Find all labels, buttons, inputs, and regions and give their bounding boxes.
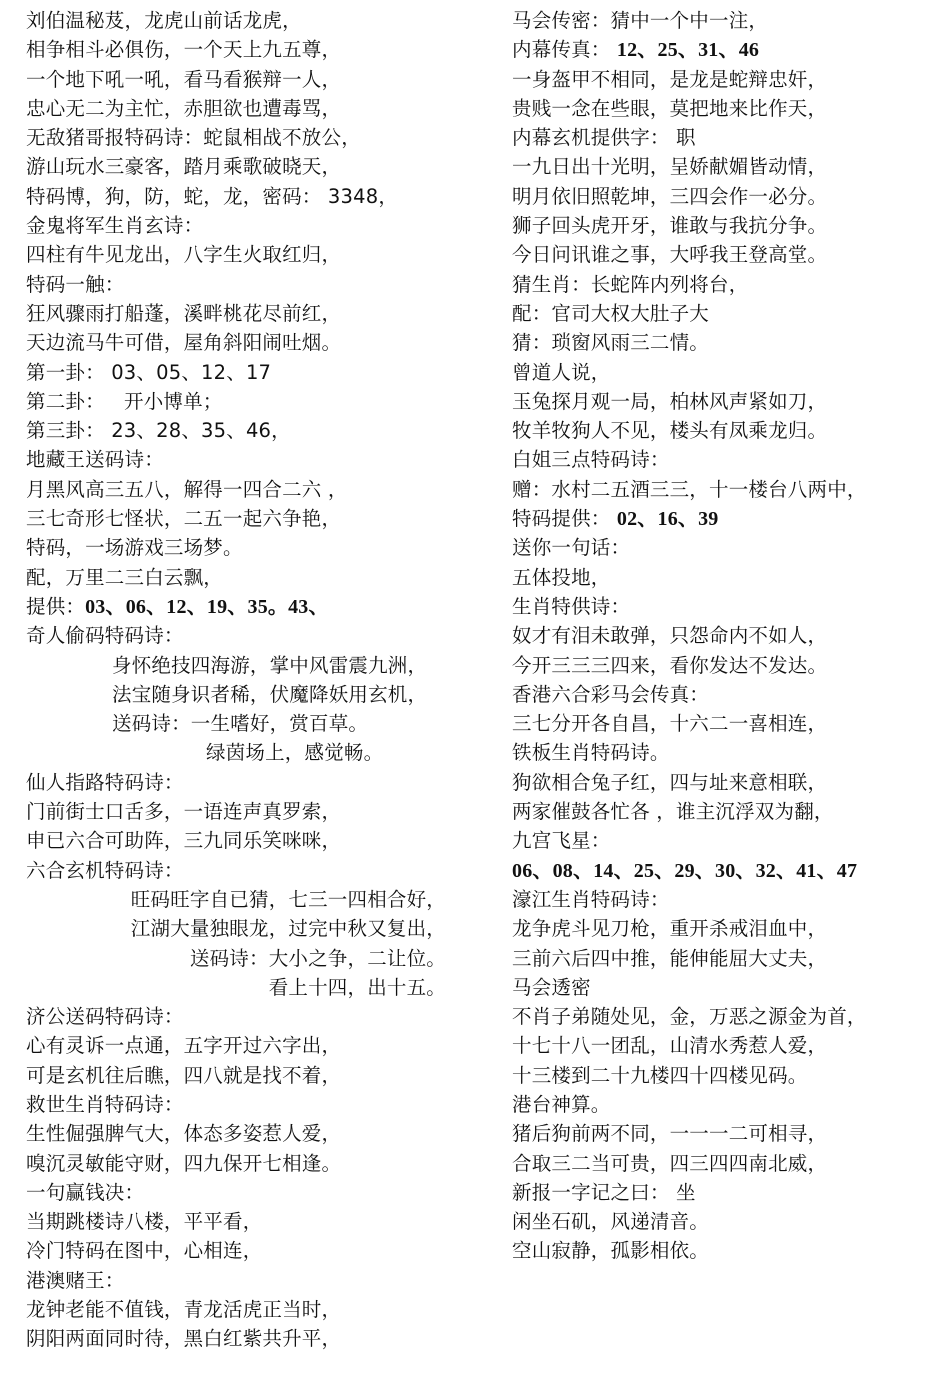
text-line: 狮子回头虎开牙，谁敢与我抗分争。 xyxy=(512,211,932,240)
text-line: 送码诗：一生嗜好，赏百草。 xyxy=(26,709,466,738)
text-line: 可是玄机往后瞧，四八就是找不着， xyxy=(26,1061,466,1090)
text-line: 生性倔强脾气大，体态多姿惹人爱， xyxy=(26,1119,466,1148)
text-line: 身怀绝技四海游，掌中风雷震九洲， xyxy=(26,651,466,680)
text-line: 明月依旧照乾坤，三四会作一必分。 xyxy=(512,182,932,211)
text-line: 送你一句话： xyxy=(512,533,932,562)
text-line: 曾道人说， xyxy=(512,358,932,387)
text-line: 一句赢钱决： xyxy=(26,1178,466,1207)
text-line: 猜：琐窗风雨三二情。 xyxy=(512,328,932,357)
text-line: 天边流马牛可借，屋角斜阳闹吐烟。 xyxy=(26,328,466,357)
text-line: 铁板生肖特码诗。 xyxy=(512,738,932,767)
text-line: 十三楼到二十九楼四十四楼见码。 xyxy=(512,1061,932,1090)
text-line: 马会传密：猜中一个中一注， xyxy=(512,6,932,35)
text-line: 九宫飞星： xyxy=(512,826,932,855)
text-line: 猪后狗前两不同，一一一二可相寻， xyxy=(512,1119,932,1148)
text-line: 十七十八一团乱，山清水秀惹人爱， xyxy=(512,1031,932,1060)
text-line: 龙钟老能不值钱，青龙活虎正当时， xyxy=(26,1295,466,1324)
text-line: 特码，一场游戏三场梦。 xyxy=(26,533,466,562)
text-line: 港台神算。 xyxy=(512,1090,932,1119)
text-line: 济公送码特码诗： xyxy=(26,1002,466,1031)
text-line: 牧羊牧狗人不见，楼头有凤乘龙归。 xyxy=(512,416,932,445)
text-line: 狂风骤雨打船蓬，溪畔桃花尽前红， xyxy=(26,299,466,328)
text-line: 特码一触： xyxy=(26,270,466,299)
text-line: 第二卦： 开小博单； xyxy=(26,387,466,416)
text-line: 相争相斗必俱伤，一个天上九五尊， xyxy=(26,35,466,64)
text-line: 空山寂静，孤影相依。 xyxy=(512,1236,932,1265)
text-line: 门前街士口舌多，一语连声真罗索， xyxy=(26,797,466,826)
number-list: 12、25、31、46 xyxy=(617,39,759,61)
text-line: 忠心无二为主忙，赤胆欲也遭毒骂， xyxy=(26,94,466,123)
text-line: 提供：03、06、12、19、35。43、 xyxy=(26,592,466,621)
text-line: 地藏王送码诗： xyxy=(26,445,466,474)
text-line: 第三卦： 23、28、35、46， xyxy=(26,416,466,445)
text-line: 龙争虎斗见刀枪，重开杀戒泪血中， xyxy=(512,914,932,943)
number-list: 03、06、12、19、35。43、 xyxy=(85,596,329,618)
text-line: 阴阳两面同时待，黑白红紫共升平， xyxy=(26,1324,466,1353)
text-line: 法宝随身识者稀，伏魔降妖用玄机， xyxy=(26,680,466,709)
text-line: 今日问讯谁之事，大呼我王登高堂。 xyxy=(512,240,932,269)
text-line: 闲坐石矶，风递清音。 xyxy=(512,1207,932,1236)
text-line: 两家催鼓各忙各 ，谁主沉浮双为翻， xyxy=(512,797,932,826)
text-line: 今开三三三四来，看你发达不发达。 xyxy=(512,651,932,680)
text-line: 港澳赌王： xyxy=(26,1266,466,1295)
line-label: 内幕传真： xyxy=(512,38,617,61)
text-line: 马会透密 xyxy=(512,973,932,1002)
text-line: 四柱有牛见龙出，八字生火取红归， xyxy=(26,240,466,269)
text-line: 狗欲相合兔子红，四与址来意相联， xyxy=(512,768,932,797)
text-line: 新报一字记之曰： 坐 xyxy=(512,1178,932,1207)
text-line: 配，万里二三白云飘， xyxy=(26,563,466,592)
text-line: 第一卦： 03、05、12、17 xyxy=(26,358,466,387)
text-line: 配：官司大权大肚子大 xyxy=(512,299,932,328)
text-line: 玉兔探月观一局，柏林风声紧如刀， xyxy=(512,387,932,416)
text-line: 奴才有泪未敢弹，只怨命内不如人， xyxy=(512,621,932,650)
text-line: 救世生肖特码诗： xyxy=(26,1090,466,1119)
text-line: 一九日出十光明，呈娇献媚皆动情， xyxy=(512,152,932,181)
text-line: 三七分开各自昌，十六二一喜相连， xyxy=(512,709,932,738)
text-line: 三七奇形七怪状，二五一起六争艳， xyxy=(26,504,466,533)
text-line: 白姐三点特码诗： xyxy=(512,445,932,474)
text-line: 心有灵诉一点通，五字开过六字出， xyxy=(26,1031,466,1060)
text-line: 不肖子弟随处见，金，万恶之源金为首， xyxy=(512,1002,932,1031)
right-column: 马会传密：猜中一个中一注，内幕传真： 12、25、31、46一身盔甲不相同，是龙… xyxy=(512,6,932,1266)
text-line: 游山玩水三豪客，踏月乘歌破晓天， xyxy=(26,152,466,181)
text-line: 无敌猪哥报特码诗：蛇鼠相战不放公， xyxy=(26,123,466,152)
text-line: 旺码旺字自已猜，七三一四相合好， xyxy=(26,885,446,914)
text-line: 猜生肖：长蛇阵内列将台， xyxy=(512,270,932,299)
text-line: 濠江生肖特码诗： xyxy=(512,885,932,914)
line-label: 提供： xyxy=(26,595,85,618)
text-line: 一个地下吼一吼，看马看猴辩一人， xyxy=(26,65,466,94)
text-line: 一身盔甲不相同，是龙是蛇辩忠奸， xyxy=(512,65,932,94)
text-line: 合取三二当可贵，四三四四南北威， xyxy=(512,1149,932,1178)
text-line: 申已六合可助阵，三九同乐笑咪咪， xyxy=(26,826,466,855)
text-line: 奇人偷码特码诗： xyxy=(26,621,466,650)
text-line: 送码诗：大小之争，二让位。 xyxy=(26,944,446,973)
line-label: 特码提供： xyxy=(512,507,617,530)
text-line: 江湖大量独眼龙，过完中秋又复出， xyxy=(26,914,446,943)
text-line: 刘伯温秘芨，龙虎山前话龙虎， xyxy=(26,6,466,35)
text-line: 金鬼将军生肖玄诗： xyxy=(26,211,466,240)
text-line: 当期跳楼诗八楼，平平看， xyxy=(26,1207,466,1236)
text-line: 生肖特供诗： xyxy=(512,592,932,621)
text-line: 贵贱一念在些眼，莫把地来比作天， xyxy=(512,94,932,123)
text-line: 赠：水村二五酒三三，十一楼台八两中， xyxy=(512,475,932,504)
number-list: 02、16、39 xyxy=(617,508,719,530)
text-line: 五体投地， xyxy=(512,563,932,592)
text-line: 内幕玄机提供字： 职 xyxy=(512,123,932,152)
text-line: 嗅沉灵敏能守财，四九保开七相逢。 xyxy=(26,1149,466,1178)
text-line: 看上十四，出十五。 xyxy=(26,973,446,1002)
text-line: 内幕传真： 12、25、31、46 xyxy=(512,35,932,64)
number-list: 06、08、14、25、29、30、32、41、47 xyxy=(512,860,857,882)
text-line: 冷门特码在图中，心相连， xyxy=(26,1236,466,1265)
text-line: 特码博，狗，防，蛇，龙，密码： 3348， xyxy=(26,182,466,211)
text-line: 香港六合彩马会传真： xyxy=(512,680,932,709)
text-line: 特码提供： 02、16、39 xyxy=(512,504,932,533)
left-column: 刘伯温秘芨，龙虎山前话龙虎，相争相斗必俱伤，一个天上九五尊，一个地下吼一吼，看马… xyxy=(26,6,466,1354)
text-line: 06、08、14、25、29、30、32、41、47 xyxy=(512,856,932,885)
text-line: 三前六后四中推，能伸能屈大丈夫， xyxy=(512,944,932,973)
text-line: 仙人指路特码诗： xyxy=(26,768,466,797)
text-line: 绿茵场上，感觉畅。 xyxy=(26,738,466,767)
text-line: 六合玄机特码诗： xyxy=(26,856,466,885)
text-line: 月黑风高三五八，解得一四合二六 ， xyxy=(26,475,466,504)
